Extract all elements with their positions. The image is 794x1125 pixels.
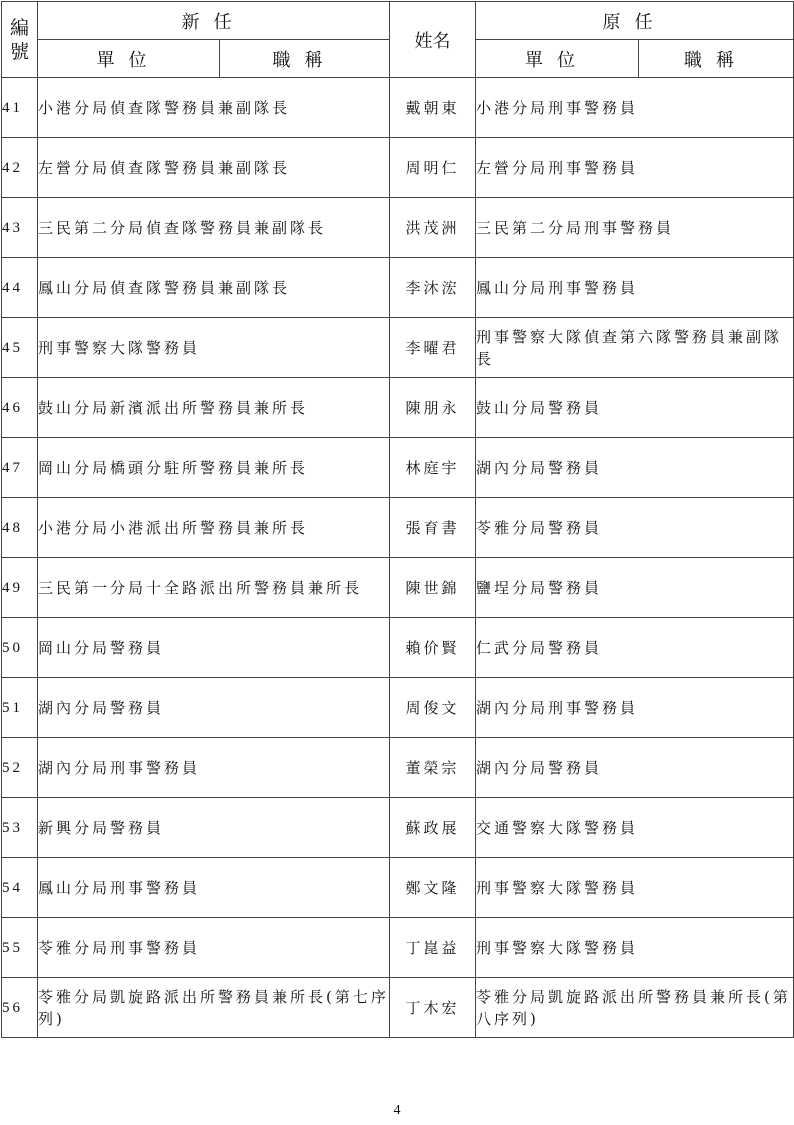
table-row: 43三民第二分局偵查隊警務員兼副隊長洪茂洲三民第二分局刑事警務員 — [2, 198, 794, 258]
header-new-title: 職稱 — [220, 40, 390, 78]
name-cell: 林庭宇 — [390, 438, 476, 498]
row-number: 52 — [2, 738, 38, 798]
original-post-cell: 鼓山分局警務員 — [476, 378, 794, 438]
new-post-cell: 岡山分局警務員 — [38, 618, 390, 678]
table-header: 編號 新任 姓名 原任 單位 職稱 單位 職稱 — [2, 2, 794, 78]
row-number: 46 — [2, 378, 38, 438]
original-post-cell: 湖內分局刑事警務員 — [476, 678, 794, 738]
new-post-cell: 岡山分局橋頭分駐所警務員兼所長 — [38, 438, 390, 498]
new-post-cell: 湖內分局刑事警務員 — [38, 738, 390, 798]
original-post-cell: 小港分局刑事警務員 — [476, 78, 794, 138]
header-new-post: 新任 — [38, 2, 390, 40]
name-cell: 賴价賢 — [390, 618, 476, 678]
row-number: 45 — [2, 318, 38, 378]
new-post-cell: 湖內分局警務員 — [38, 678, 390, 738]
table-row: 51湖內分局警務員周俊文湖內分局刑事警務員 — [2, 678, 794, 738]
row-number: 49 — [2, 558, 38, 618]
original-post-cell: 苓雅分局凱旋路派出所警務員兼所長(第八序列) — [476, 978, 794, 1038]
header-name: 姓名 — [390, 2, 476, 78]
original-post-cell: 苓雅分局警務員 — [476, 498, 794, 558]
name-cell: 戴朝東 — [390, 78, 476, 138]
row-number: 55 — [2, 918, 38, 978]
name-cell: 鄭文隆 — [390, 858, 476, 918]
header-number: 編號 — [2, 2, 38, 78]
new-post-cell: 鼓山分局新濱派出所警務員兼所長 — [38, 378, 390, 438]
table-body: 41小港分局偵查隊警務員兼副隊長戴朝東小港分局刑事警務員 42左營分局偵查隊警務… — [2, 78, 794, 1038]
table-row: 46鼓山分局新濱派出所警務員兼所長陳朋永鼓山分局警務員 — [2, 378, 794, 438]
table-row: 52湖內分局刑事警務員董榮宗湖內分局警務員 — [2, 738, 794, 798]
new-post-cell: 鳳山分局刑事警務員 — [38, 858, 390, 918]
row-number: 50 — [2, 618, 38, 678]
name-cell: 張育書 — [390, 498, 476, 558]
original-post-cell: 刑事警察大隊偵查第六隊警務員兼副隊長 — [476, 318, 794, 378]
header-orig-unit: 單位 — [476, 40, 639, 78]
row-number: 47 — [2, 438, 38, 498]
table-row: 56苓雅分局凱旋路派出所警務員兼所長(第七序列)丁木宏苓雅分局凱旋路派出所警務員… — [2, 978, 794, 1038]
new-post-cell: 小港分局偵查隊警務員兼副隊長 — [38, 78, 390, 138]
table-row: 50岡山分局警務員賴价賢仁武分局警務員 — [2, 618, 794, 678]
name-cell: 董榮宗 — [390, 738, 476, 798]
original-post-cell: 三民第二分局刑事警務員 — [476, 198, 794, 258]
header-new-unit: 單位 — [38, 40, 220, 78]
table-row: 41小港分局偵查隊警務員兼副隊長戴朝東小港分局刑事警務員 — [2, 78, 794, 138]
new-post-cell: 三民第一分局十全路派出所警務員兼所長 — [38, 558, 390, 618]
name-cell: 丁木宏 — [390, 978, 476, 1038]
page-number: 4 — [0, 1103, 794, 1119]
table-row: 42左營分局偵查隊警務員兼副隊長周明仁左營分局刑事警務員 — [2, 138, 794, 198]
name-cell: 陳世錦 — [390, 558, 476, 618]
header-original-post: 原任 — [476, 2, 794, 40]
name-cell: 周明仁 — [390, 138, 476, 198]
name-cell: 周俊文 — [390, 678, 476, 738]
name-cell: 李沐浤 — [390, 258, 476, 318]
name-cell: 丁崑益 — [390, 918, 476, 978]
new-post-cell: 苓雅分局刑事警務員 — [38, 918, 390, 978]
row-number: 43 — [2, 198, 38, 258]
original-post-cell: 鹽埕分局警務員 — [476, 558, 794, 618]
original-post-cell: 湖內分局警務員 — [476, 438, 794, 498]
original-post-cell: 湖內分局警務員 — [476, 738, 794, 798]
table-row: 45刑事警察大隊警務員李曜君刑事警察大隊偵查第六隊警務員兼副隊長 — [2, 318, 794, 378]
original-post-cell: 刑事警察大隊警務員 — [476, 858, 794, 918]
row-number: 42 — [2, 138, 38, 198]
table-row: 48小港分局小港派出所警務員兼所長張育書苓雅分局警務員 — [2, 498, 794, 558]
new-post-cell: 左營分局偵查隊警務員兼副隊長 — [38, 138, 390, 198]
original-post-cell: 交通警察大隊警務員 — [476, 798, 794, 858]
original-post-cell: 鳳山分局刑事警務員 — [476, 258, 794, 318]
new-post-cell: 刑事警察大隊警務員 — [38, 318, 390, 378]
name-cell: 陳朋永 — [390, 378, 476, 438]
row-number: 51 — [2, 678, 38, 738]
name-cell: 李曜君 — [390, 318, 476, 378]
table-row: 44鳳山分局偵查隊警務員兼副隊長李沐浤鳳山分局刑事警務員 — [2, 258, 794, 318]
new-post-cell: 苓雅分局凱旋路派出所警務員兼所長(第七序列) — [38, 978, 390, 1038]
row-number: 54 — [2, 858, 38, 918]
original-post-cell: 刑事警察大隊警務員 — [476, 918, 794, 978]
table-row: 55苓雅分局刑事警務員丁崑益刑事警察大隊警務員 — [2, 918, 794, 978]
table-row: 54鳳山分局刑事警務員鄭文隆刑事警察大隊警務員 — [2, 858, 794, 918]
table-row: 47岡山分局橋頭分駐所警務員兼所長林庭宇湖內分局警務員 — [2, 438, 794, 498]
name-cell: 洪茂洲 — [390, 198, 476, 258]
table-row: 53新興分局警務員蘇政展交通警察大隊警務員 — [2, 798, 794, 858]
new-post-cell: 三民第二分局偵查隊警務員兼副隊長 — [38, 198, 390, 258]
name-cell: 蘇政展 — [390, 798, 476, 858]
new-post-cell: 小港分局小港派出所警務員兼所長 — [38, 498, 390, 558]
row-number: 56 — [2, 978, 38, 1038]
table-row: 49三民第一分局十全路派出所警務員兼所長陳世錦鹽埕分局警務員 — [2, 558, 794, 618]
row-number: 41 — [2, 78, 38, 138]
original-post-cell: 左營分局刑事警務員 — [476, 138, 794, 198]
row-number: 44 — [2, 258, 38, 318]
new-post-cell: 鳳山分局偵查隊警務員兼副隊長 — [38, 258, 390, 318]
header-orig-title: 職稱 — [639, 40, 794, 78]
original-post-cell: 仁武分局警務員 — [476, 618, 794, 678]
row-number: 53 — [2, 798, 38, 858]
personnel-transfer-table: 編號 新任 姓名 原任 單位 職稱 單位 職稱 41小港分局偵查隊警務員兼副隊長… — [1, 1, 794, 1038]
new-post-cell: 新興分局警務員 — [38, 798, 390, 858]
row-number: 48 — [2, 498, 38, 558]
